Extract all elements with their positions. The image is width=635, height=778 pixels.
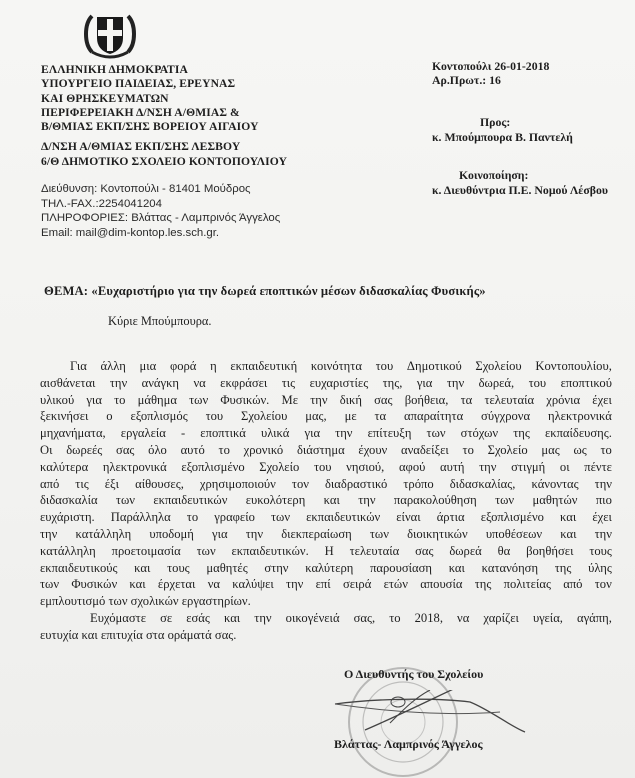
- body-line: μηχανήματα,εργαλεία-εποπτικάυλικάγιατηνε…: [40, 425, 612, 442]
- signature-title: Ο Διευθυντής του Σχολείου: [344, 667, 483, 682]
- cc-label: Κοινοποίηση:: [459, 168, 528, 183]
- header-line: ΚΑΙ ΘΡΗΣΚΕΥΜΑΤΩΝ: [41, 92, 371, 106]
- closing-line: ευτυχία και επιτυχία στα οράματά σας.: [40, 627, 612, 644]
- contact-info: Διεύθυνση: Κοντοπούλι - 81401 Μούδρος ΤΗ…: [41, 182, 371, 240]
- recipient-label: Προς:: [480, 115, 510, 130]
- body-line: ευχάριστη.Παράλληλατογραφείοτωνεκπαιδευτ…: [40, 509, 612, 526]
- body-line: εκπαιδευτικούςκαιτουςμαθητέςστηνκαλύτερη…: [40, 560, 612, 577]
- school-header-line: Δ/ΝΣΗ Α/ΘΜΙΑΣ ΕΚΠ/ΣΗΣ ΛΕΣΒΟΥ: [41, 140, 371, 154]
- recipient-name: κ. Μπούμπουρα Β. Παντελή: [432, 130, 573, 145]
- salutation: Κύριε Μπούμπουρα.: [108, 314, 212, 329]
- header-line: Β/ΘΜΙΑΣ ΕΚΠ/ΣΗΣ ΒΟΡΕΙΟΥ ΑΙΓΑΙΟΥ: [41, 120, 371, 134]
- date-protocol: Κοντοπούλι 26-01-2018 Αρ.Πρωτ.: 16: [432, 59, 632, 87]
- body-line: αισθάνεταιτηνανάγκηναεκφράσειτιςευχαριστ…: [40, 375, 612, 392]
- greek-coat-of-arms-icon: [82, 8, 138, 60]
- address: Διεύθυνση: Κοντοπούλι - 81401 Μούδρος: [41, 182, 371, 197]
- subject-line: ΘΕΜΑ: «Ευχαριστήριο για την δωρεά εποπτι…: [44, 284, 486, 299]
- authority-header: ΕΛΛΗΝΙΚΗ ΔΗΜΟΚΡΑΤΙΑ ΥΠΟΥΡΓΕΙΟ ΠΑΙΔΕΙΑΣ, …: [41, 63, 371, 169]
- info-contact: ΠΛΗΡΟΦΟΡΙΕΣ: Βλάττας - Λαμπρινός Άγγελος: [41, 211, 371, 226]
- cc-name: κ. Διευθύντρια Π.Ε. Νομού Λέσβου: [432, 183, 622, 198]
- email: Email: mail@dim-kontop.les.sch.gr.: [41, 226, 371, 241]
- body-line: κατάλληληπροετοιμασίατωνεκπαιδευτικών.Ητ…: [40, 543, 612, 560]
- school-header-line: 6/Θ ΔΗΜΟΤΙΚΟ ΣΧΟΛΕΙΟ ΚΟΝΤΟΠΟΥΛΙΟΥ: [41, 155, 371, 169]
- body-line: ΓιαάλλημιαφοράηεκπαιδευτικήκοινότητατουΔ…: [40, 358, 612, 375]
- body-line: διδασκαλίατωνεκπαιδευτικώνευκολότερηκαιτ…: [40, 492, 612, 509]
- letter-page: ΕΛΛΗΝΙΚΗ ΔΗΜΟΚΡΑΤΙΑ ΥΠΟΥΡΓΕΙΟ ΠΑΙΔΕΙΑΣ, …: [0, 0, 635, 778]
- header-line: ΥΠΟΥΡΓΕΙΟ ΠΑΙΔΕΙΑΣ, ΕΡΕΥΝΑΣ: [41, 77, 371, 91]
- closing-line: Ευχόμαστεσεεσάςκαιτηνοικογένειάσας,το201…: [40, 610, 612, 627]
- header-line: ΠΕΡΙΦΕΡΕΙΑΚΗ Δ/ΝΣΗ Α/ΘΜΙΑΣ &: [41, 106, 371, 120]
- body-line: εμπλουτισμό των σχολικών εργαστηρίων.: [40, 593, 612, 610]
- signatory-name: Βλάττας- Λαμπρινός Άγγελος: [334, 737, 483, 752]
- body-line: τηνκατάλληληυποδομήγιατηνδιεκπεραίωσητων…: [40, 526, 612, 543]
- body-line: υλικούγιατομάθηματωνΦυσικών.Μετηνδικήσας…: [40, 392, 612, 409]
- letter-body: ΓιαάλλημιαφοράηεκπαιδευτικήκοινότητατουΔ…: [40, 358, 612, 644]
- body-line: απότιςέξιαίθουσες,χρησιμοποιούντονδιαδρα…: [40, 476, 612, 493]
- protocol-number: Αρ.Πρωτ.: 16: [432, 73, 632, 87]
- place-date: Κοντοπούλι 26-01-2018: [432, 59, 632, 73]
- body-line: ξεκινήσειοεξοπλισμόςτουΣχολείουμας,μεταα…: [40, 408, 612, 425]
- header-line: ΕΛΛΗΝΙΚΗ ΔΗΜΟΚΡΑΤΙΑ: [41, 63, 371, 77]
- body-line: τωνΦυσικώνκαιέρχεταινακαλύψειτηνεπίσειρά…: [40, 576, 612, 593]
- body-line: καλύτεραηλεκτρονικάεξοπλισμένοΣχολείοτου…: [40, 459, 612, 476]
- body-line: Οιδωρεέςσαςόλοαυτότοχρονικόδιάστημαέχουν…: [40, 442, 612, 459]
- phone-fax: ΤΗΛ.-FAX.:2254041204: [41, 197, 371, 212]
